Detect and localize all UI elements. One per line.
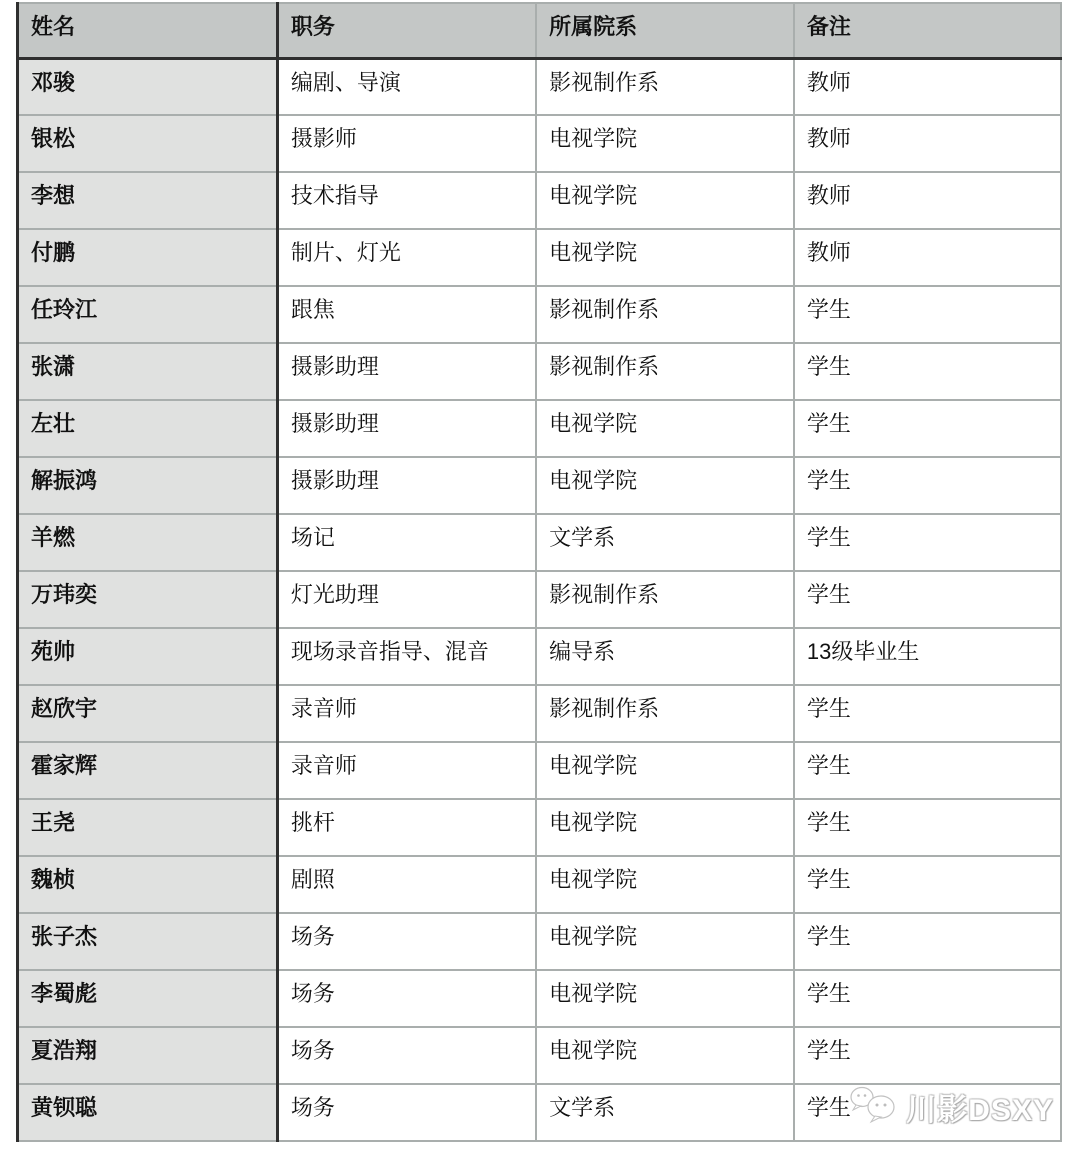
table-row: 黄钡聪场务文学系学生 — [18, 1084, 1062, 1141]
table-row: 邓骏编剧、导演影视制作系教师 — [18, 58, 1062, 115]
cell-department: 电视学院 — [536, 229, 794, 286]
cell-note: 学生 — [794, 1027, 1061, 1084]
column-header-name: 姓名 — [18, 3, 278, 58]
table-row: 万玮奕灯光助理影视制作系学生 — [18, 571, 1062, 628]
cell-name: 黄钡聪 — [18, 1084, 278, 1141]
cell-note: 学生 — [794, 571, 1061, 628]
cell-name: 付鹏 — [18, 229, 278, 286]
crew-table: 姓名 职务 所属院系 备注 邓骏编剧、导演影视制作系教师银松摄影师电视学院教师李… — [16, 2, 1062, 1142]
cell-name: 王尧 — [18, 799, 278, 856]
cell-department: 电视学院 — [536, 457, 794, 514]
cell-name: 邓骏 — [18, 58, 278, 115]
cell-note: 学生 — [794, 742, 1061, 799]
cell-name: 夏浩翔 — [18, 1027, 278, 1084]
cell-role: 摄影助理 — [277, 343, 536, 400]
cell-note: 学生 — [794, 970, 1061, 1027]
table-row: 任玲江跟焦影视制作系学生 — [18, 286, 1062, 343]
table-row: 王尧挑杆电视学院学生 — [18, 799, 1062, 856]
cell-note: 学生 — [794, 286, 1061, 343]
cell-department: 文学系 — [536, 1084, 794, 1141]
cell-department: 电视学院 — [536, 970, 794, 1027]
column-header-role: 职务 — [277, 3, 536, 58]
cell-role: 剧照 — [277, 856, 536, 913]
table-row: 李想技术指导电视学院教师 — [18, 172, 1062, 229]
cell-name: 李蜀彪 — [18, 970, 278, 1027]
table-row: 苑帅现场录音指导、混音编导系13级毕业生 — [18, 628, 1062, 685]
cell-name: 羊燃 — [18, 514, 278, 571]
table-row: 解振鸿摄影助理电视学院学生 — [18, 457, 1062, 514]
cell-name: 万玮奕 — [18, 571, 278, 628]
table-row: 左壮摄影助理电视学院学生 — [18, 400, 1062, 457]
cell-role: 录音师 — [277, 685, 536, 742]
cell-note: 学生 — [794, 685, 1061, 742]
cell-department: 电视学院 — [536, 799, 794, 856]
cell-department: 电视学院 — [536, 115, 794, 172]
cell-note: 学生 — [794, 343, 1061, 400]
cell-department: 影视制作系 — [536, 58, 794, 115]
cell-role: 制片、灯光 — [277, 229, 536, 286]
cell-department: 电视学院 — [536, 1027, 794, 1084]
table-row: 张子杰场务电视学院学生 — [18, 913, 1062, 970]
table-row: 张潇摄影助理影视制作系学生 — [18, 343, 1062, 400]
cell-note: 学生 — [794, 514, 1061, 571]
cell-role: 编剧、导演 — [277, 58, 536, 115]
cell-name: 任玲江 — [18, 286, 278, 343]
cell-note: 学生 — [794, 856, 1061, 913]
cell-department: 文学系 — [536, 514, 794, 571]
cell-department: 影视制作系 — [536, 286, 794, 343]
table-row: 魏桢剧照电视学院学生 — [18, 856, 1062, 913]
crew-table-container: 姓名 职务 所属院系 备注 邓骏编剧、导演影视制作系教师银松摄影师电视学院教师李… — [0, 0, 1080, 1145]
column-header-note: 备注 — [794, 3, 1061, 58]
column-header-department: 所属院系 — [536, 3, 794, 58]
cell-role: 现场录音指导、混音 — [277, 628, 536, 685]
cell-role: 跟焦 — [277, 286, 536, 343]
cell-role: 场务 — [277, 1084, 536, 1141]
cell-note: 学生 — [794, 1084, 1061, 1141]
cell-role: 场记 — [277, 514, 536, 571]
table-row: 霍家辉录音师电视学院学生 — [18, 742, 1062, 799]
cell-note: 学生 — [794, 913, 1061, 970]
cell-role: 场务 — [277, 970, 536, 1027]
cell-note: 教师 — [794, 58, 1061, 115]
cell-name: 魏桢 — [18, 856, 278, 913]
header-row: 姓名 职务 所属院系 备注 — [18, 3, 1062, 58]
cell-note: 学生 — [794, 457, 1061, 514]
cell-role: 摄影助理 — [277, 400, 536, 457]
cell-department: 电视学院 — [536, 742, 794, 799]
cell-role: 场务 — [277, 1027, 536, 1084]
cell-name: 霍家辉 — [18, 742, 278, 799]
cell-note: 学生 — [794, 400, 1061, 457]
table-row: 李蜀彪场务电视学院学生 — [18, 970, 1062, 1027]
table-row: 赵欣宇录音师影视制作系学生 — [18, 685, 1062, 742]
cell-role: 摄影助理 — [277, 457, 536, 514]
cell-department: 电视学院 — [536, 913, 794, 970]
cell-role: 摄影师 — [277, 115, 536, 172]
cell-role: 技术指导 — [277, 172, 536, 229]
cell-name: 赵欣宇 — [18, 685, 278, 742]
cell-name: 银松 — [18, 115, 278, 172]
cell-name: 李想 — [18, 172, 278, 229]
table-header: 姓名 职务 所属院系 备注 — [18, 3, 1062, 58]
table-body: 邓骏编剧、导演影视制作系教师银松摄影师电视学院教师李想技术指导电视学院教师付鹏制… — [18, 58, 1062, 1141]
cell-department: 电视学院 — [536, 172, 794, 229]
cell-note: 13级毕业生 — [794, 628, 1061, 685]
cell-department: 影视制作系 — [536, 571, 794, 628]
cell-department: 影视制作系 — [536, 343, 794, 400]
table-row: 夏浩翔场务电视学院学生 — [18, 1027, 1062, 1084]
table-row: 银松摄影师电视学院教师 — [18, 115, 1062, 172]
cell-note: 学生 — [794, 799, 1061, 856]
cell-name: 左壮 — [18, 400, 278, 457]
cell-name: 张潇 — [18, 343, 278, 400]
cell-role: 场务 — [277, 913, 536, 970]
cell-note: 教师 — [794, 229, 1061, 286]
cell-role: 灯光助理 — [277, 571, 536, 628]
cell-role: 挑杆 — [277, 799, 536, 856]
table-row: 付鹏制片、灯光电视学院教师 — [18, 229, 1062, 286]
cell-department: 电视学院 — [536, 400, 794, 457]
cell-note: 教师 — [794, 172, 1061, 229]
cell-name: 苑帅 — [18, 628, 278, 685]
cell-name: 张子杰 — [18, 913, 278, 970]
table-row: 羊燃场记文学系学生 — [18, 514, 1062, 571]
cell-name: 解振鸿 — [18, 457, 278, 514]
cell-note: 教师 — [794, 115, 1061, 172]
cell-role: 录音师 — [277, 742, 536, 799]
cell-department: 电视学院 — [536, 856, 794, 913]
cell-department: 编导系 — [536, 628, 794, 685]
cell-department: 影视制作系 — [536, 685, 794, 742]
